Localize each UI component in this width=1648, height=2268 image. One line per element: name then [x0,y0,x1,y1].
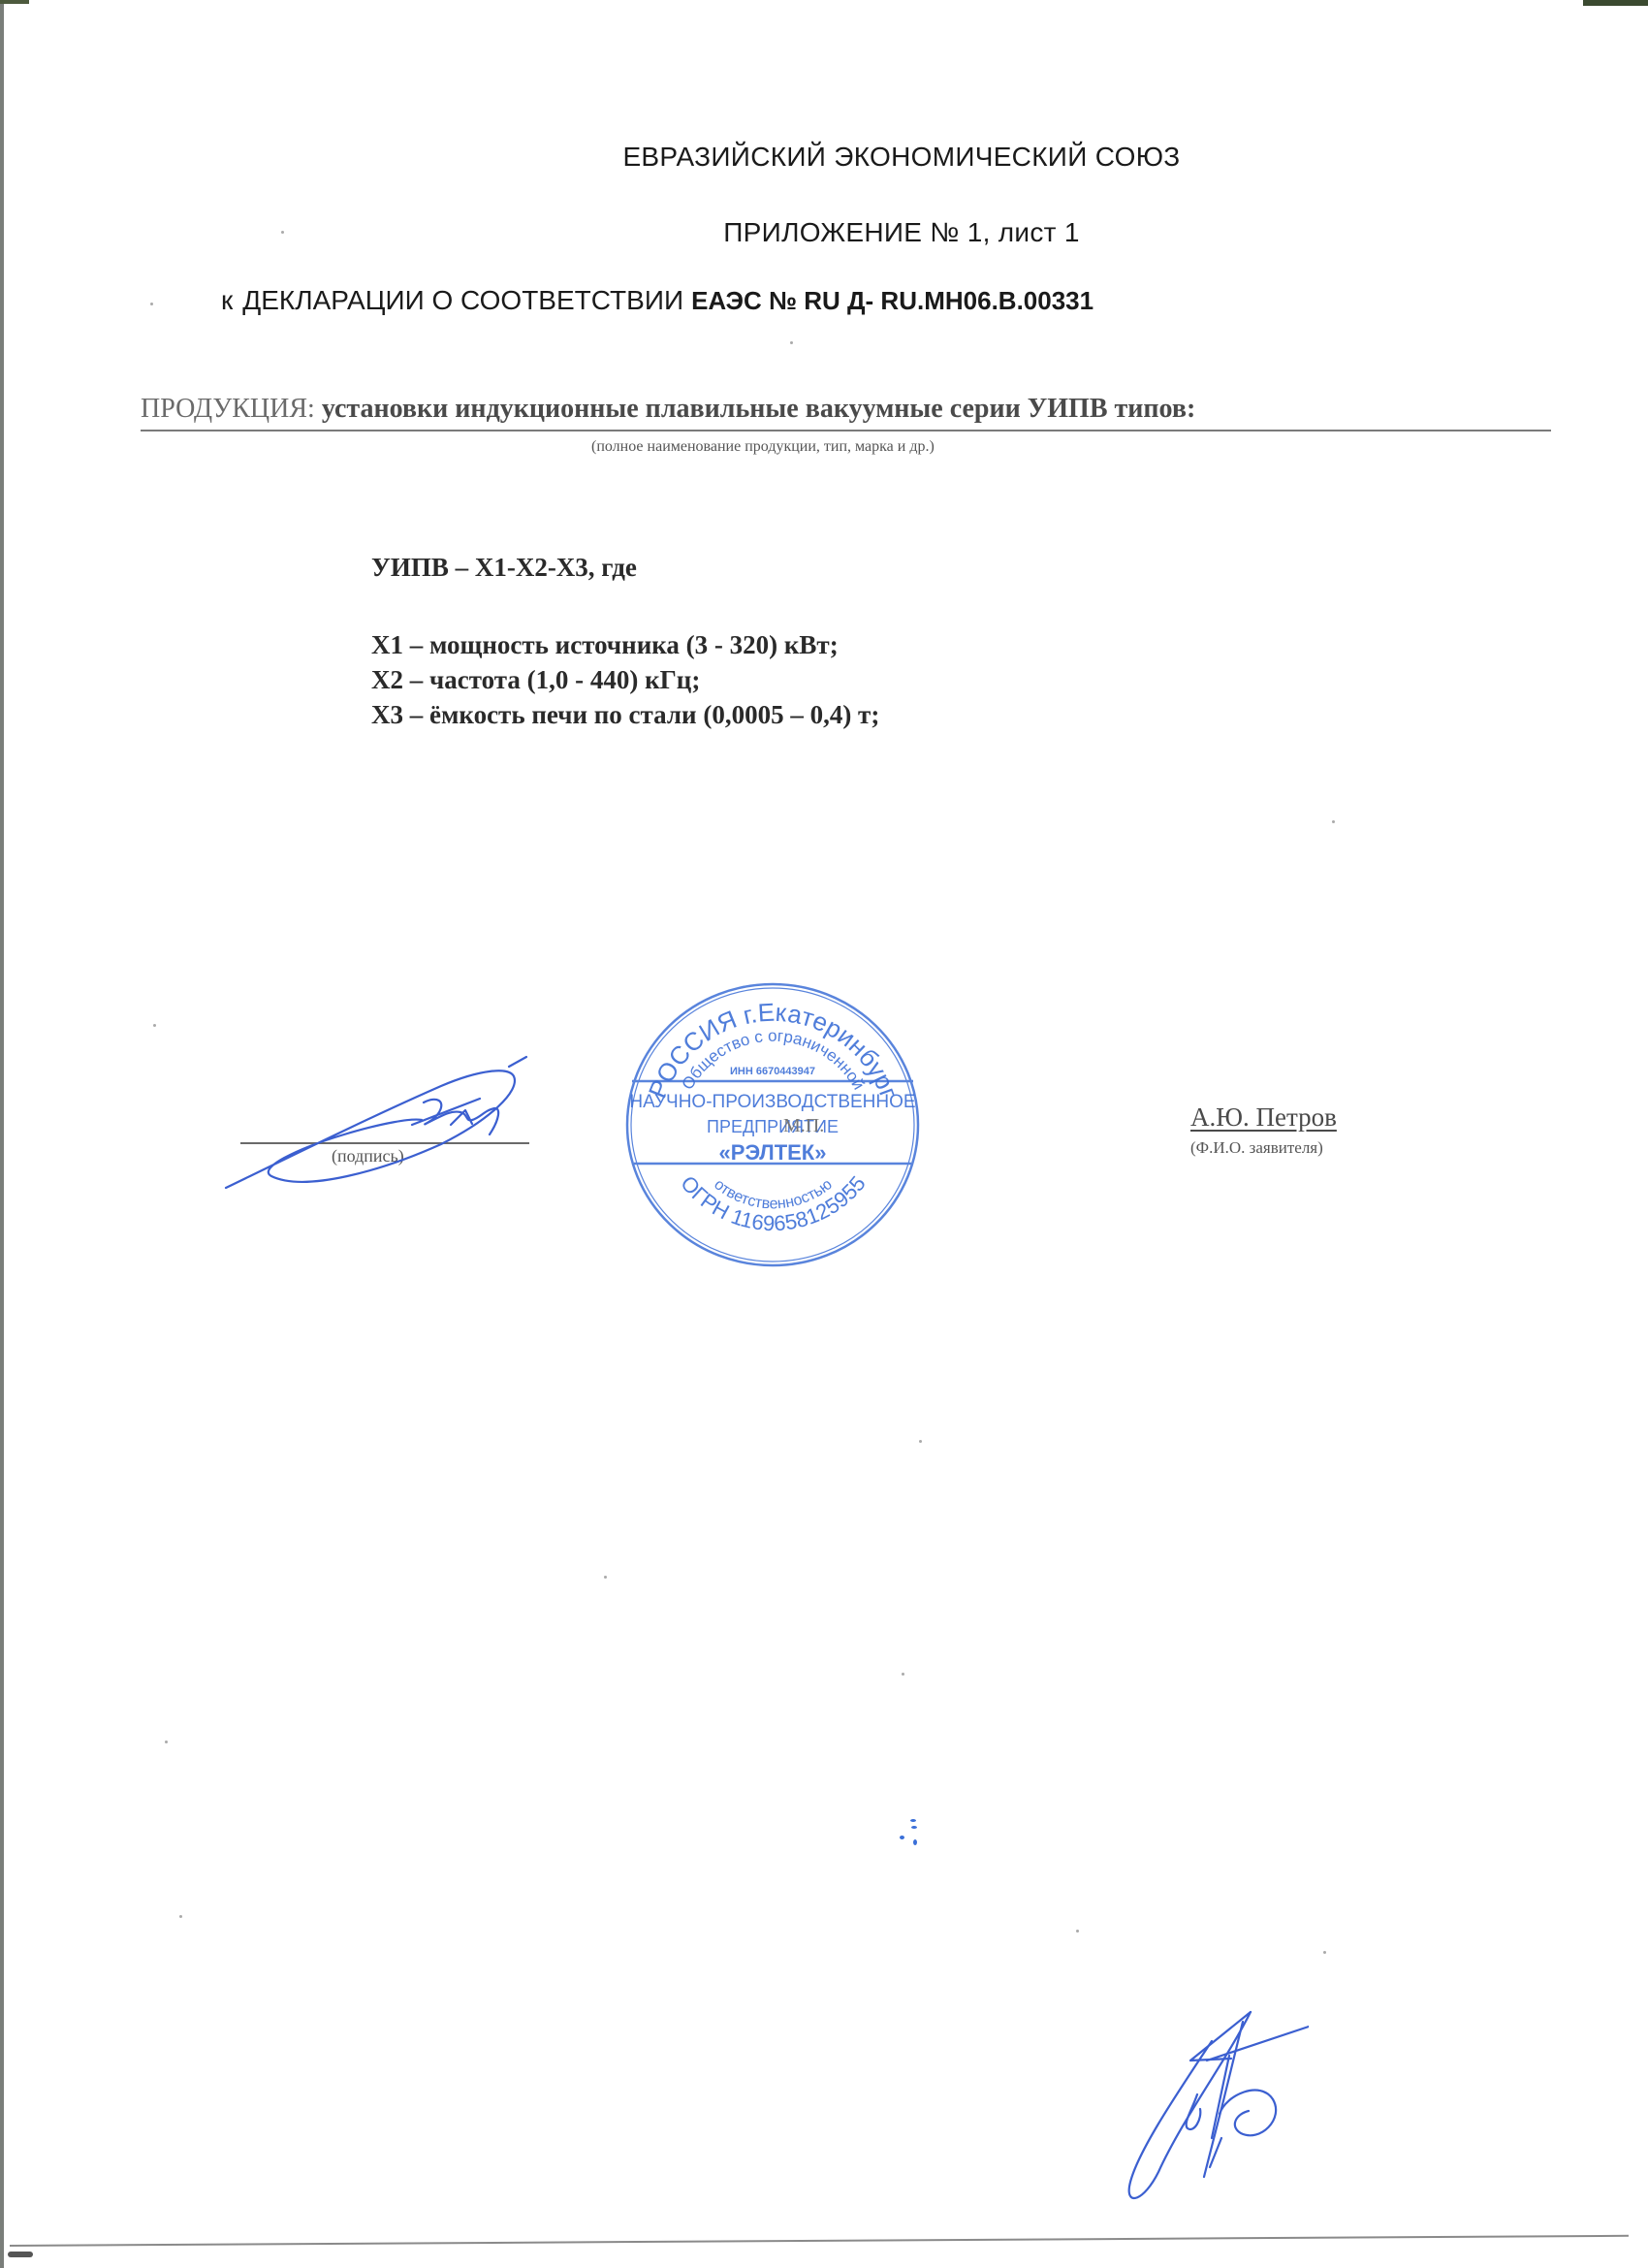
scan-speck [153,1024,156,1027]
svg-text:ИНН 6670443947: ИНН 6670443947 [730,1066,815,1077]
spec-item-x3: X3 – ёмкость печи по стали (0,0005 – 0,4… [371,700,879,730]
scan-edge-bottom [10,2235,1629,2247]
svg-text:«РЭЛТЕК»: «РЭЛТЕК» [719,1140,827,1165]
applicant-caption: (Ф.И.О. заявителя) [1190,1138,1323,1158]
spec-item-x1: X1 – мощность источника (3 - 320) кВт; [371,630,839,660]
scan-speck [604,1576,607,1579]
scan-edge-top-right [1583,0,1648,6]
scan-edge-top-left [0,0,29,4]
scan-speck [902,1673,904,1676]
scan-speck [150,303,153,305]
spec-title: УИПВ – X1-X2-X3, где [371,553,637,583]
declaration-number: ЕАЭС № RU Д- RU.МН06.В.00331 [691,286,1093,315]
scan-speck [919,1440,922,1443]
scan-speck [1076,1930,1079,1933]
product-line: ПРОДУКЦИЯ: установки индукционные плавил… [141,394,1551,425]
scan-speck [179,1915,182,1918]
seal-place-label: М.П. [783,1115,824,1137]
ink-specks [897,1815,926,1854]
applicant-name: А.Ю. Петров [1190,1102,1337,1133]
company-seal: РОССИЯ г.Екатеринбург Общество с огранич… [620,979,926,1270]
product-underline [141,430,1551,431]
handwritten-initials [1115,2002,1309,2206]
scan-speck [1323,1951,1326,1954]
scan-edge-left [0,0,4,2268]
product-hint: (полное наименование продукции, тип, мар… [591,438,935,456]
product-value: установки индукционные плавильные вакуум… [322,394,1195,424]
declaration-heading: кДЕКЛАРАЦИИ О СООТВЕТСТВИИЕАЭС № RU Д- R… [221,285,1093,316]
scan-speck [1332,820,1335,823]
declaration-prefix: к [221,285,233,315]
union-title: ЕВРАЗИЙСКИЙ ЭКОНОМИЧЕСКИЙ СОЮЗ [78,142,1648,173]
seal-outer-top: РОССИЯ г.Екатеринбург [643,998,904,1102]
declaration-title: ДЕКЛАРАЦИИ О СООТВЕТСТВИИ [242,285,683,315]
document-page: ЕВРАЗИЙСКИЙ ЭКОНОМИЧЕСКИЙ СОЮЗ ПРИЛОЖЕНИ… [0,0,1648,2268]
svg-text:НАУЧНО-ПРОИЗВОДСТВЕННОЕ: НАУЧНО-ПРОИЗВОДСТВЕННОЕ [629,1092,915,1112]
appendix-title: ПРИЛОЖЕНИЕ № 1, лист 1 [78,217,1648,248]
product-label: ПРОДУКЦИЯ: [141,394,315,424]
scan-speck [790,341,793,344]
spec-item-x2: X2 – частота (1,0 - 440) кГц; [371,665,700,695]
scan-speck [165,1741,168,1743]
handwritten-signature [218,1052,528,1198]
scan-edge-corner [8,2252,33,2257]
